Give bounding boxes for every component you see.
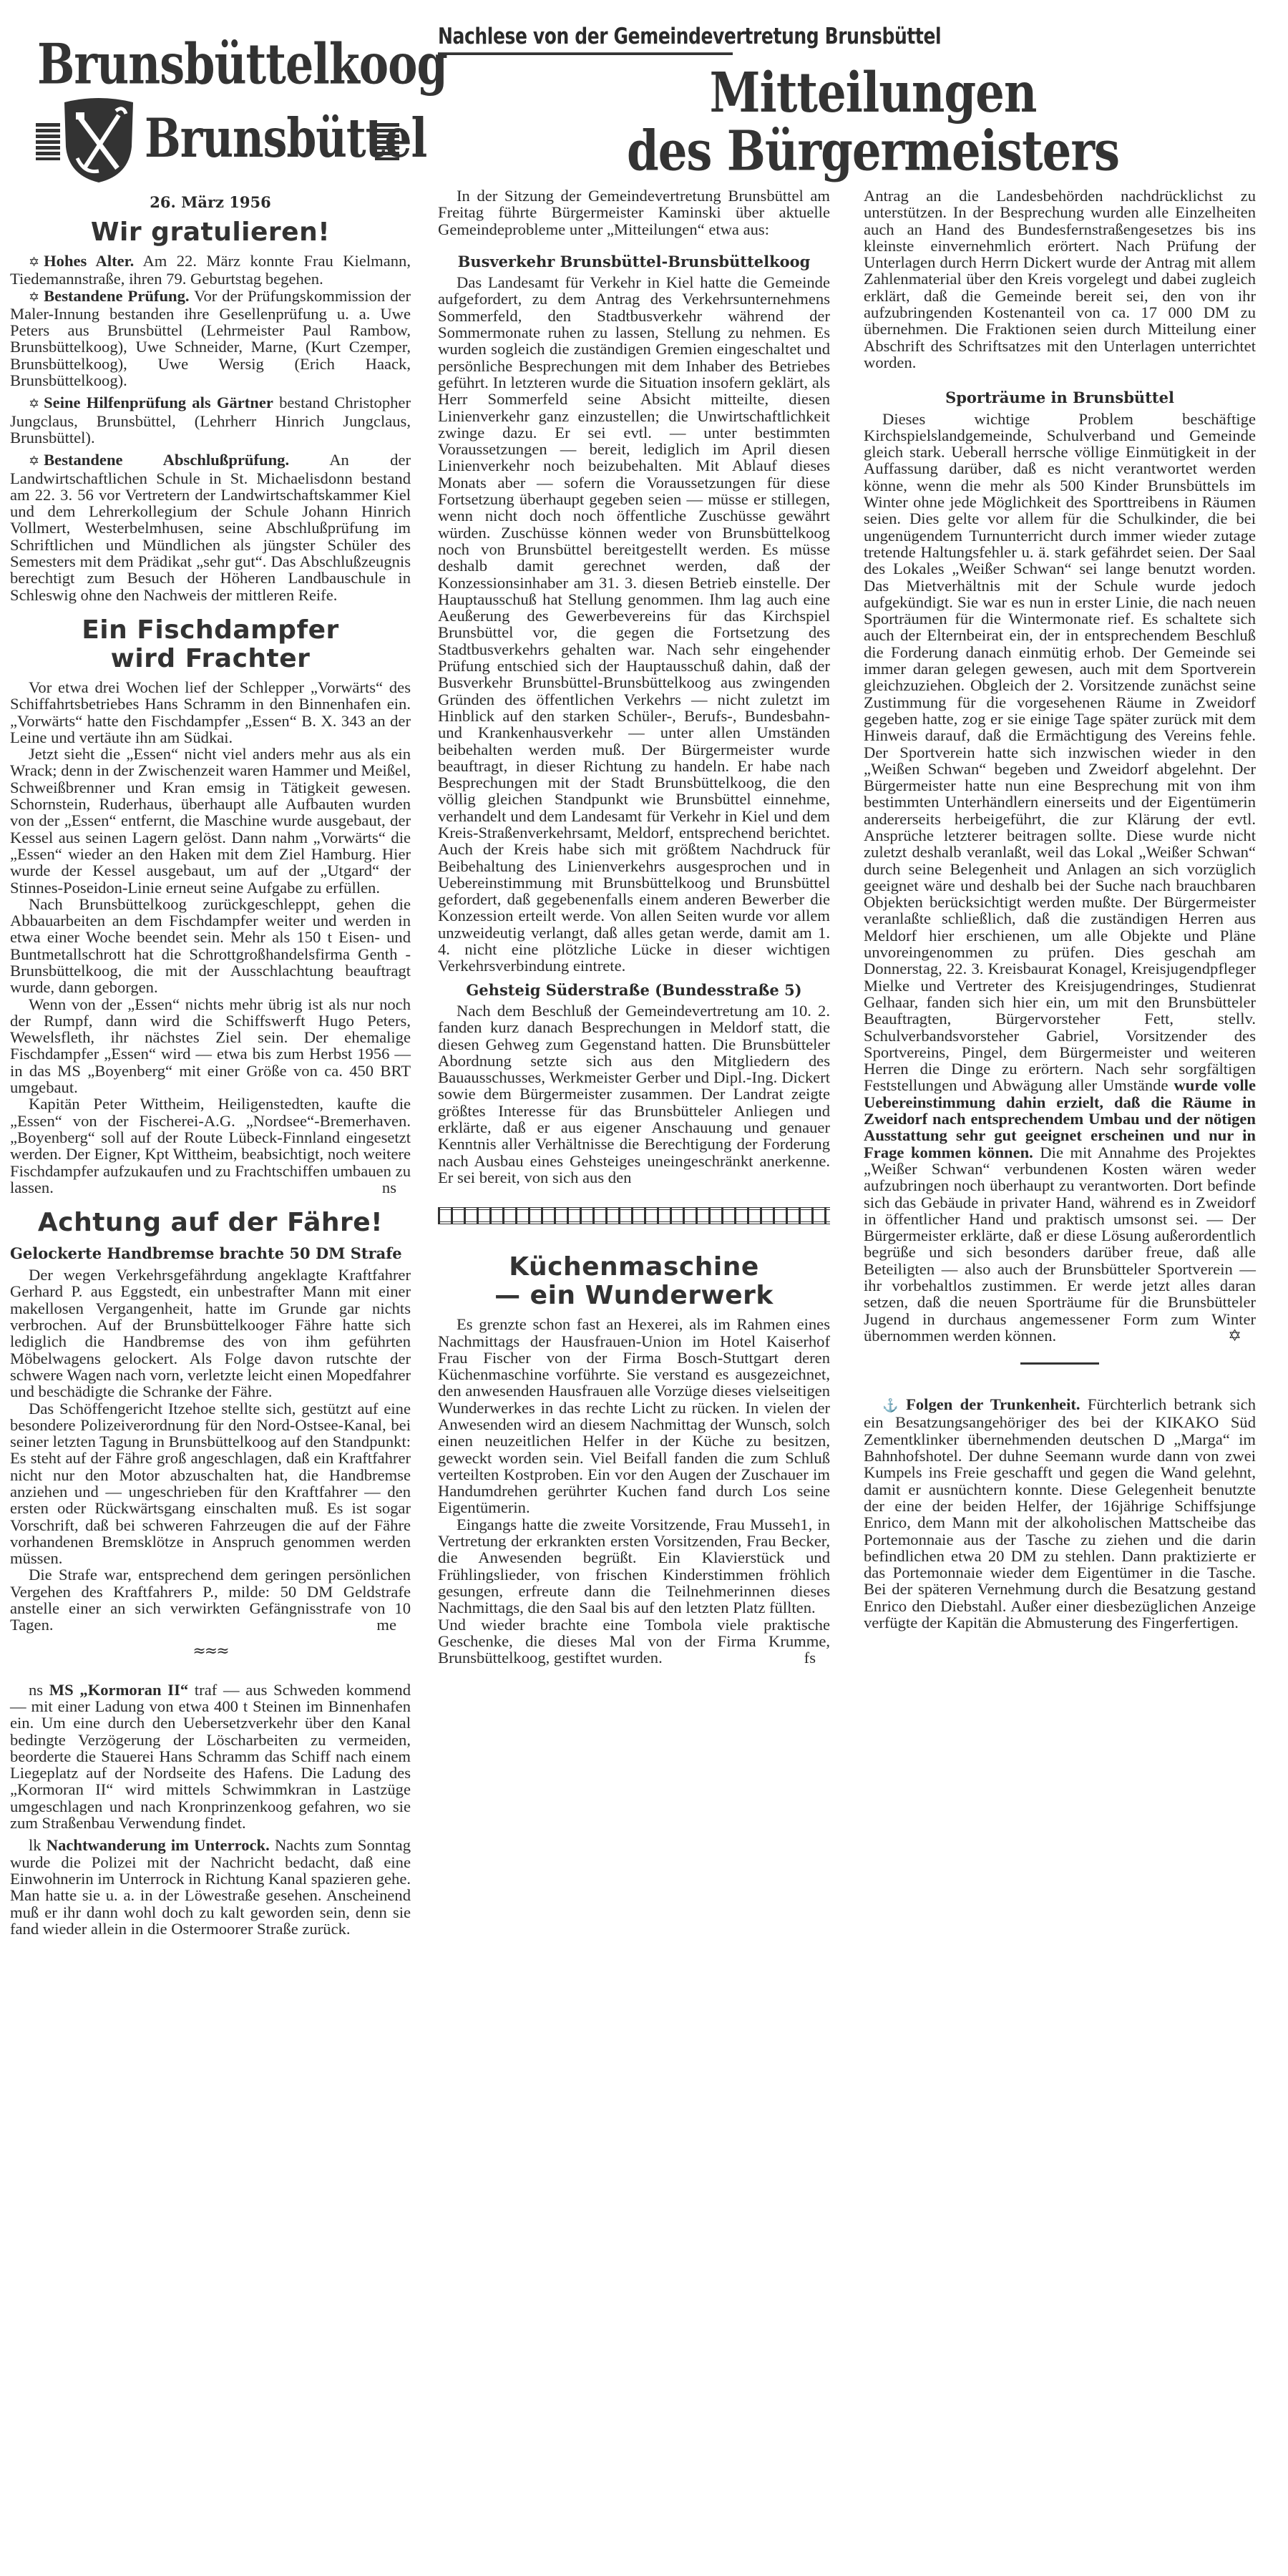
author-byline: ns xyxy=(364,1179,396,1196)
headline-gratulation: Wir gratulieren! xyxy=(10,218,411,247)
headline-faehre: Achtung auf der Fähre! xyxy=(10,1209,411,1237)
article-kormoran: ns MS „Kormoran II“ traf — aus Schweden … xyxy=(10,1682,411,1937)
end-star-icon: ✡ xyxy=(1209,1327,1241,1344)
wave-separator-icon: ≈≈≈ xyxy=(10,1642,411,1660)
main-headline-line-2: des Bürgermeisters xyxy=(494,123,1252,182)
banner-left-decoration xyxy=(36,123,60,160)
ornamental-rule xyxy=(438,1207,830,1224)
author-byline: me xyxy=(358,1616,396,1633)
anchor-icon: ⚓ xyxy=(882,1398,902,1413)
headline-fischdampfer: Ein Fischdampfer wird Frachter xyxy=(10,616,411,673)
author-byline: fs xyxy=(804,1649,816,1666)
section-divider xyxy=(1020,1362,1099,1365)
main-headline: Mitteilungen des Bürgermeisters xyxy=(494,64,1252,181)
star-icon: ✡ xyxy=(29,454,39,468)
masthead: Brunsbüttelkoog Brunsbüttel xyxy=(10,0,411,193)
column-3: Antrag an die Landesbehörden nachdrückli… xyxy=(864,187,1256,1631)
article-faehre: Der wegen Verkehrsgefährdung angeklagte … xyxy=(10,1267,411,1634)
article-buergermeister-part-1: In der Sitzung der Gemeindevertretung Br… xyxy=(438,187,830,1186)
masthead-title-1: Brunsbüttelkoog xyxy=(37,31,395,97)
masthead-title-2: Brunsbüttel xyxy=(145,107,388,170)
gratulation-item: ✡Hohes Alter. Am 22. März konnte Frau Ki… xyxy=(10,253,411,288)
article-buergermeister-part-2: Antrag an die Landesbehörden nachdrückli… xyxy=(864,187,1256,1344)
headline-kuechenmaschine: Küchenmaschine — ein Wunderwerk xyxy=(438,1253,830,1310)
article-gratulation: ✡Hohes Alter. Am 22. März konnte Frau Ki… xyxy=(10,253,411,603)
gratulation-item: ✡Seine Hilfenprüfung als Gärtner bestand… xyxy=(10,394,411,446)
star-icon: ✡ xyxy=(29,396,39,411)
issue-date: 26. März 1956 xyxy=(10,193,411,211)
star-icon: ✡ xyxy=(29,290,39,304)
subheadline-gehsteig: Gehsteig Süderstraße (Bundesstraße 5) xyxy=(438,982,830,998)
coat-of-arms-icon xyxy=(60,97,137,184)
section-kicker: Nachlese von der Gemeindevertretung Brun… xyxy=(438,23,733,55)
gratulation-item: ✡Bestandene Prüfung. Vor der Prüfungskom… xyxy=(10,288,411,389)
article-fischdampfer: Vor etwa drei Wochen lief der Schlepper … xyxy=(10,679,411,1196)
star-icon: ✡ xyxy=(29,255,39,269)
article-kuechenmaschine: Es grenzte schon fast an Hexerei, als im… xyxy=(438,1316,830,1666)
subheadline-faehre: Gelockerte Handbremse brachte 50 DM Stra… xyxy=(10,1244,411,1262)
subheadline-busverkehr: Busverkehr Brunsbüttel-Brunsbüttelkoog xyxy=(438,253,830,270)
main-headline-line-1: Mitteilungen xyxy=(494,64,1252,123)
column-1: Brunsbüttelkoog Brunsbüttel 26. März 195… xyxy=(10,0,411,1937)
gratulation-item: ✡Bestandene Abschlußprüfung. An der Land… xyxy=(10,452,411,603)
column-2: In der Sitzung der Gemeindevertretung Br… xyxy=(438,187,830,1666)
article-trunkenheit: ⚓Folgen der Trunkenheit. Fürchterlich be… xyxy=(864,1396,1256,1631)
subheadline-sportraeume: Sporträume in Brunsbüttel xyxy=(864,389,1256,406)
